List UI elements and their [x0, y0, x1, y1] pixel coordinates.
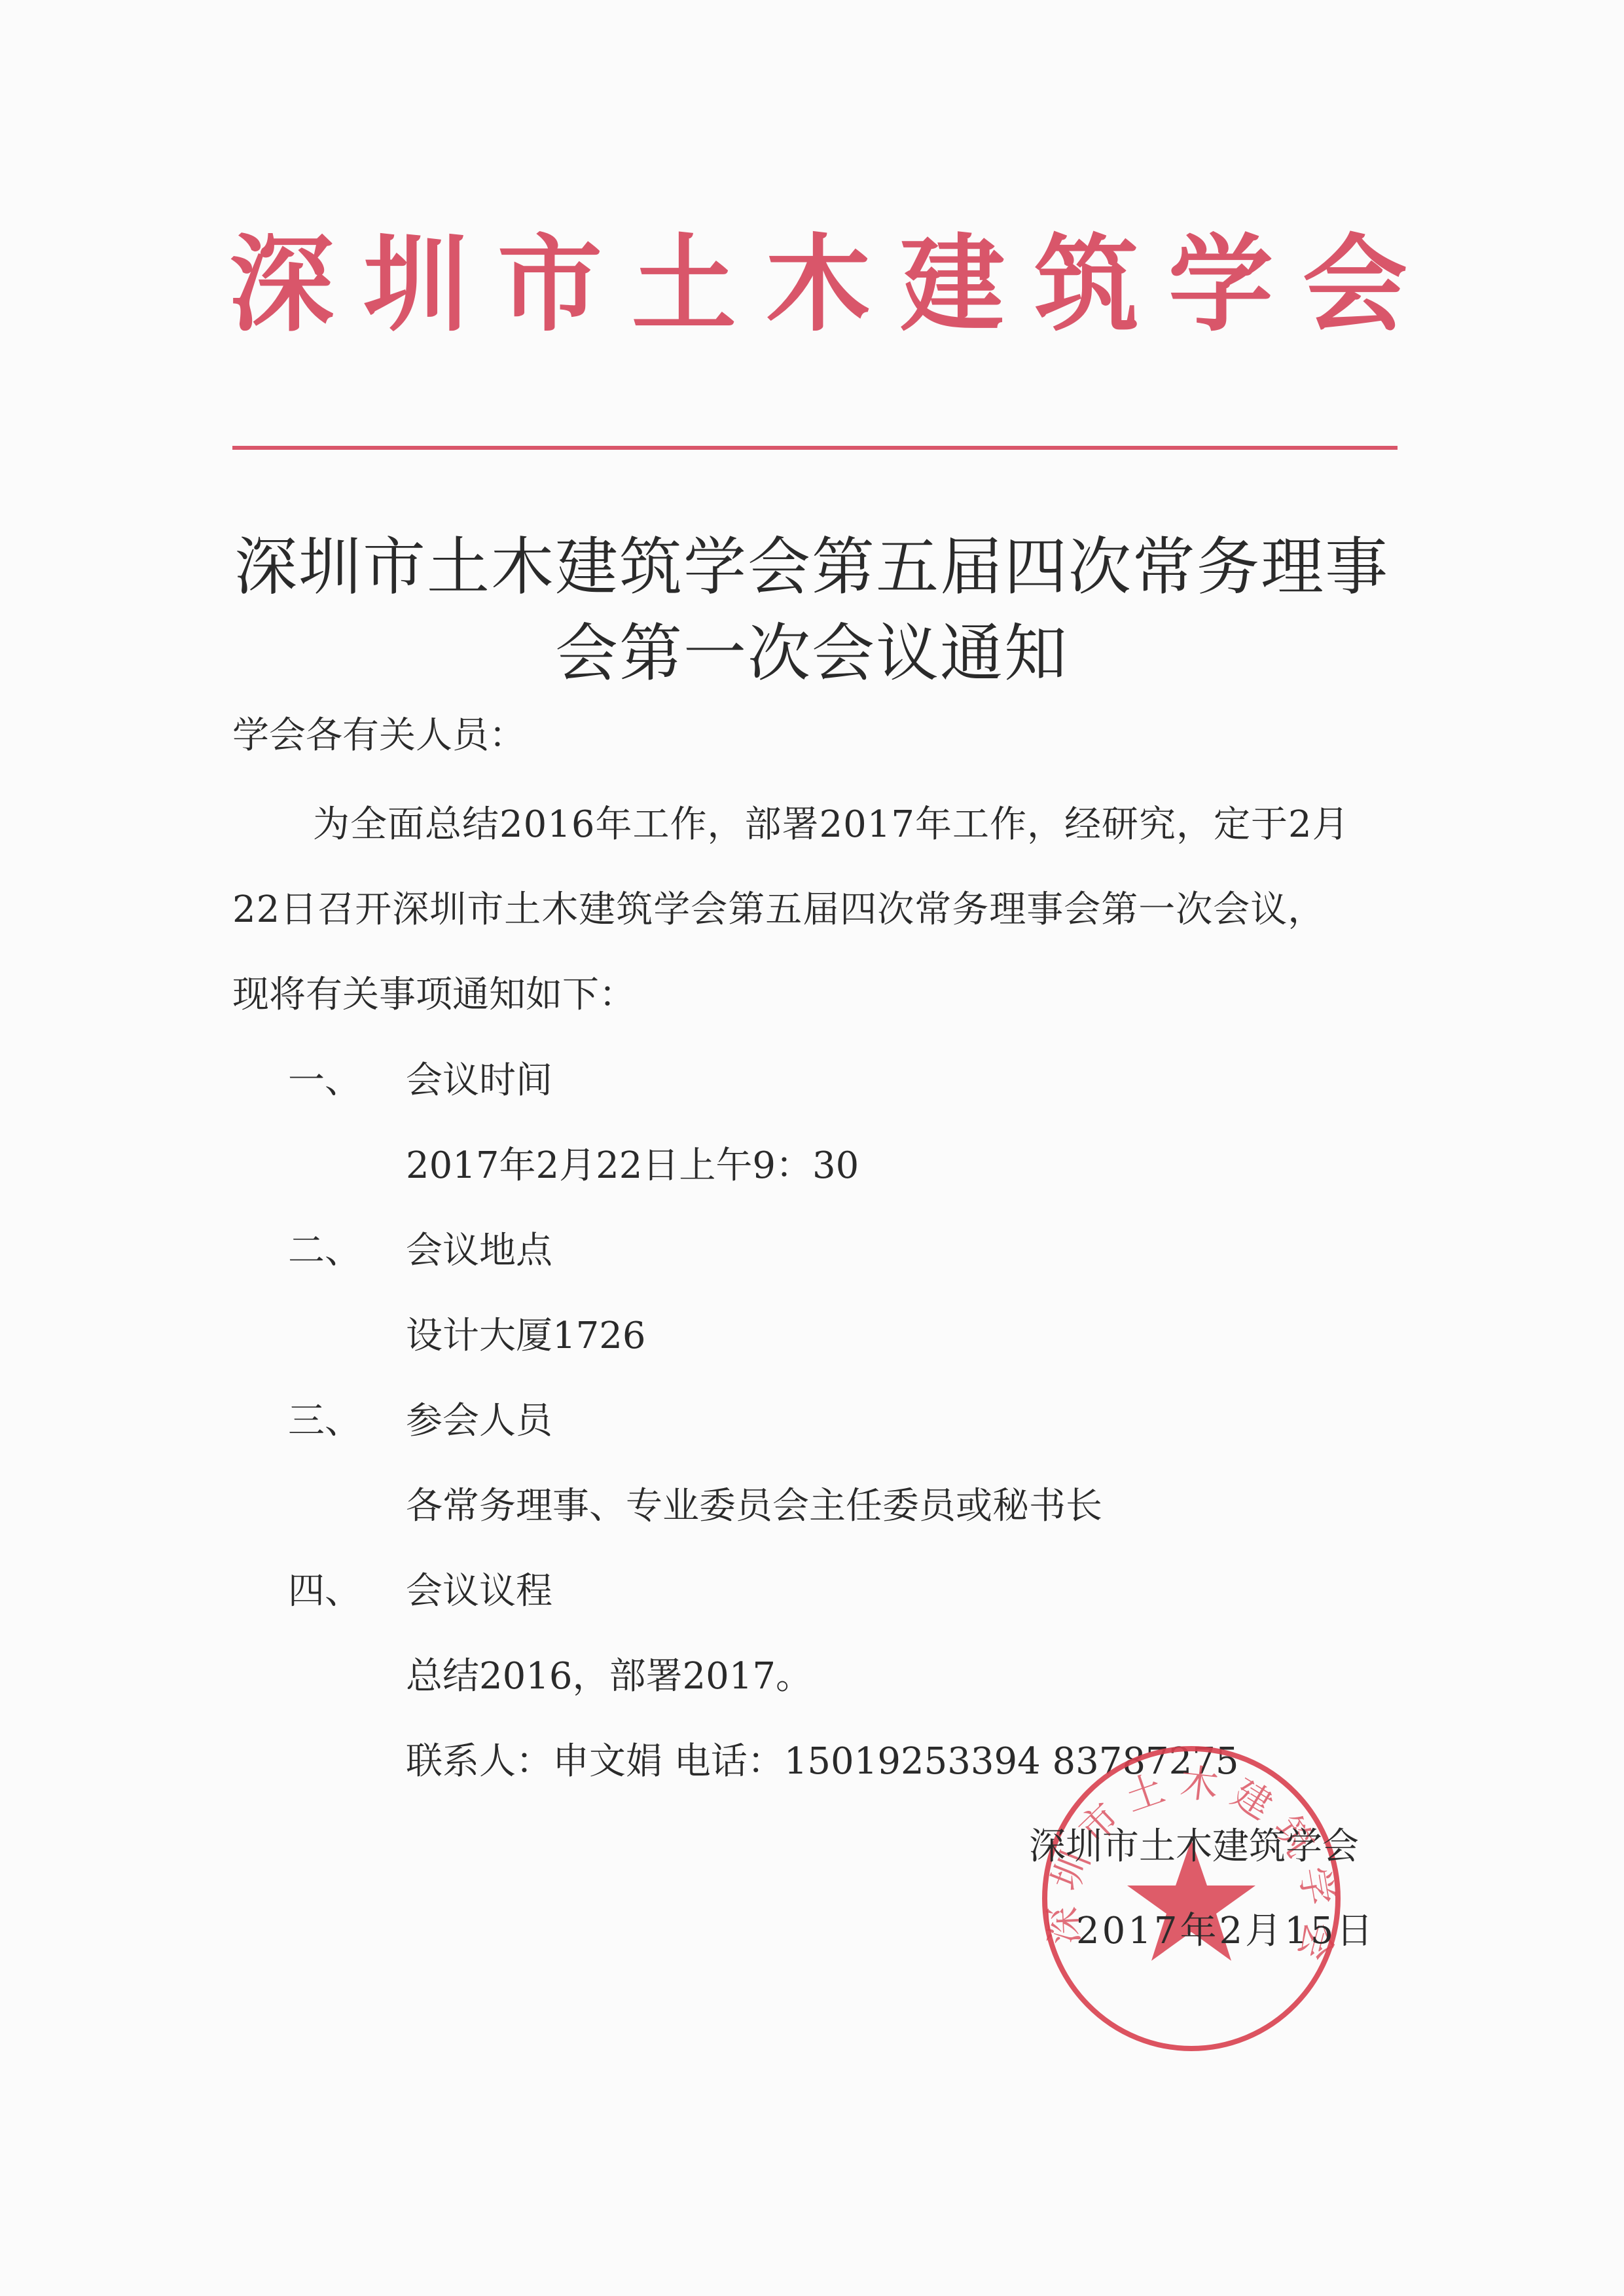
- intro-line2: 22日召开深圳市土木建筑学会第五届四次常务理事会第一次会议，: [232, 892, 1325, 928]
- official-seal: 深圳市土木建筑学会: [1041, 1745, 1342, 2052]
- document-title-line2: 会第一次会议通知: [196, 622, 1427, 685]
- intro-line1: 为全面总结2016年工作，部署2017年工作，经研究，定于2月: [313, 807, 1350, 843]
- letterhead-org-name: 深 圳 市 土 木 建 筑 学 会: [229, 219, 1407, 350]
- section-heading: 会议时间: [406, 1063, 552, 1099]
- section-heading: 参会人员: [406, 1403, 552, 1440]
- letterhead-char: 市: [497, 232, 602, 337]
- section-content: 设计大厦1726: [406, 1318, 646, 1355]
- letterhead-char: 深: [229, 232, 334, 337]
- section-content: 2017年2月22日上午9：30: [406, 1148, 859, 1184]
- letterhead-char: 学: [1168, 232, 1273, 337]
- document-title-line1: 深圳市土木建筑学会第五届四次常务理事: [196, 536, 1427, 598]
- letterhead-char: 筑: [1034, 232, 1139, 337]
- section-number: 三、: [288, 1403, 361, 1440]
- letterhead-char: 会: [1303, 232, 1407, 337]
- signature-date: 2017年2月15日: [1076, 1913, 1375, 1950]
- salutation: 学会各有关人员：: [232, 718, 526, 754]
- signature-org: 深圳市土木建筑学会: [1029, 1829, 1359, 1865]
- letterhead-char: 建: [900, 232, 1005, 337]
- intro-line3: 现将有关事项通知如下：: [232, 977, 636, 1013]
- letterhead-divider: [232, 446, 1398, 450]
- section-heading: 会议议程: [406, 1573, 552, 1610]
- section-number: 一、: [288, 1063, 361, 1099]
- section-number: 二、: [288, 1233, 361, 1269]
- letterhead-char: 圳: [363, 232, 468, 337]
- section-number: 四、: [288, 1573, 361, 1610]
- letterhead-char: 土: [632, 232, 736, 337]
- section-heading: 会议地点: [406, 1233, 552, 1269]
- section-content: 各常务理事、专业委员会主任委员或秘书长: [406, 1488, 1102, 1525]
- section-content: 总结2016，部署2017。: [406, 1658, 812, 1695]
- letterhead-char: 木: [766, 232, 871, 337]
